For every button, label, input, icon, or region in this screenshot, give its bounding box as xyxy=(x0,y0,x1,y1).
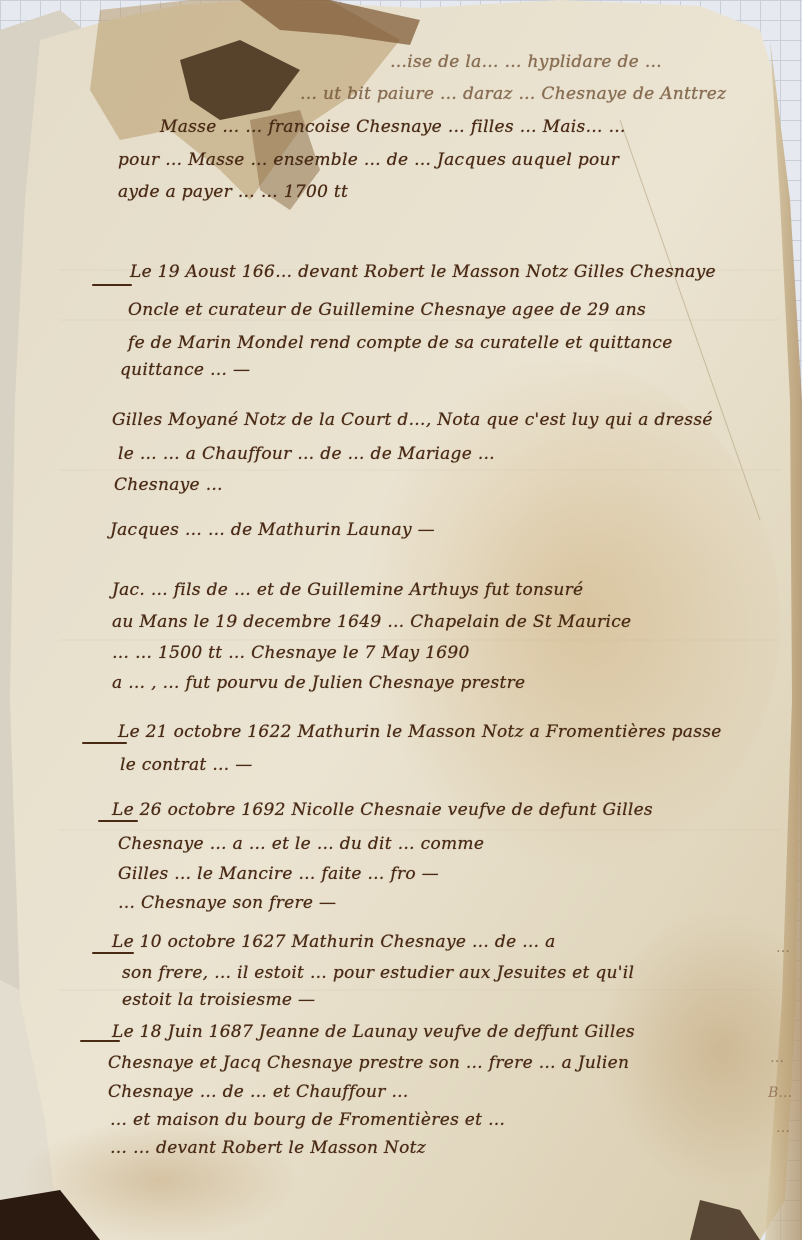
entry-line: Le 19 Aoust 166… devant Robert le Masson… xyxy=(130,262,716,282)
header-line: … ut bit paiure … daraz … Chesnaye de An… xyxy=(300,84,726,104)
entry-line: Oncle et curateur de Guillemine Chesnaye… xyxy=(128,300,646,320)
entry-rule xyxy=(92,284,132,286)
entry-line: … … 1500 tt … Chesnaye le 7 May 1690 xyxy=(112,643,470,663)
entry-line: fe de Marin Mondel rend compte de sa cur… xyxy=(128,333,673,353)
margin-note: … xyxy=(770,1050,784,1066)
entry-line: … et maison du bourg de Fromentières et … xyxy=(110,1110,505,1130)
entry-line: Gilles Moyané Notz de la Court d…, Nota … xyxy=(112,410,713,430)
entry-line: Chesnaye … a … et le … du dit … comme xyxy=(118,834,484,854)
entry-line: Chesnaye … xyxy=(114,475,223,495)
entry-line: Le 18 Juin 1687 Jeanne de Launay veufve … xyxy=(112,1022,635,1042)
entry-line: Jac. … fils de … et de Guillemine Arthuy… xyxy=(112,580,583,600)
entry-line: Le 10 octobre 1627 Mathurin Chesnaye … d… xyxy=(112,932,556,952)
entry-line: Jacques … … de Mathurin Launay — xyxy=(110,520,435,540)
entry-line: au Mans le 19 decembre 1649 … Chapelain … xyxy=(112,612,631,632)
entry-line: … Chesnaye son frere — xyxy=(118,893,336,913)
entry-line: le contrat … — xyxy=(120,755,253,775)
entry-line: Chesnaye et Jacq Chesnaye prestre son … … xyxy=(108,1053,629,1073)
entry-line: le … … a Chauffour … de … de Mariage … xyxy=(118,444,495,464)
margin-note: … xyxy=(776,940,790,956)
entry-rule xyxy=(92,952,134,954)
entry-line: Le 21 octobre 1622 Mathurin le Masson No… xyxy=(118,722,722,742)
entry-line: Le 26 octobre 1692 Nicolle Chesnaie veuf… xyxy=(112,800,653,820)
entry-rule xyxy=(82,742,127,744)
entry-line: quittance … — xyxy=(120,360,250,380)
manuscript-page: …ise de la… … hyplidare de … … ut bit pa… xyxy=(0,0,802,1240)
entry-line: a … , … fut pourvu de Julien Chesnaye pr… xyxy=(112,673,525,693)
entry-line: son frere, … il estoit … pour estudier a… xyxy=(122,963,634,983)
header-line: ayde a payer … … 1700 tt xyxy=(118,182,348,202)
entry-rule xyxy=(98,820,138,822)
entry-line: Chesnaye … de … et Chauffour … xyxy=(108,1082,409,1102)
entry-line: estoit la troisiesme — xyxy=(122,990,315,1010)
entry-line: Gilles … le Mancire … faite … fro — xyxy=(118,864,439,884)
entry-line: … … devant Robert le Masson Notz xyxy=(110,1138,426,1158)
header-line: pour … Masse … ensemble … de … Jacques a… xyxy=(118,150,619,170)
margin-note: … xyxy=(776,1120,790,1136)
header-line: …ise de la… … hyplidare de … xyxy=(390,52,662,72)
margin-note: B… xyxy=(768,1085,792,1101)
header-line: Masse … … francoise Chesnaye … filles … … xyxy=(160,117,626,137)
